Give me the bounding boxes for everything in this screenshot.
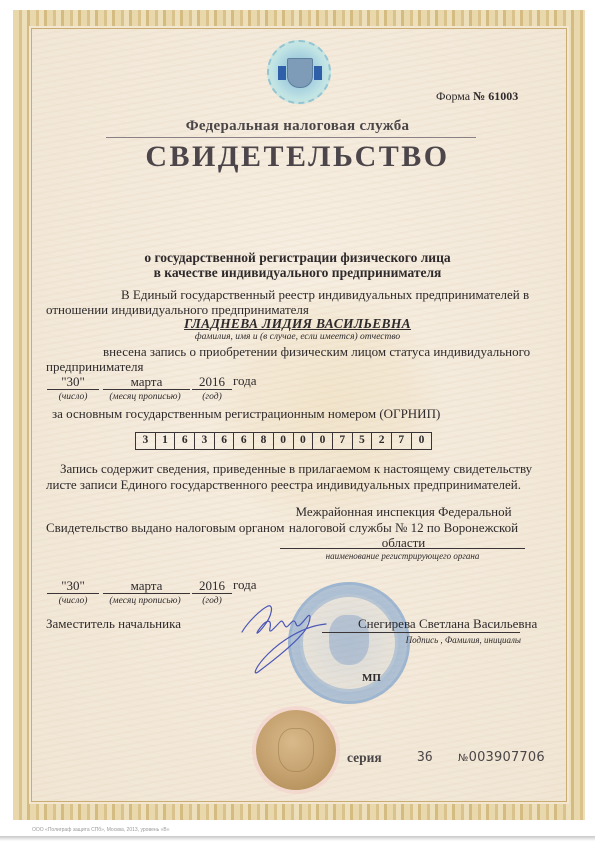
blank-number: №003907706 — [458, 750, 545, 765]
seal-place-mark: МП — [362, 672, 381, 684]
form-number-value: 61003 — [488, 89, 518, 103]
document-title: СВИДЕТЕЛЬСТВО — [0, 140, 595, 174]
ogrnip-digit: 3 — [195, 433, 215, 449]
ogrnip-digit: 6 — [215, 433, 235, 449]
issue-month: марта — [103, 578, 190, 594]
signature-underline — [322, 632, 520, 633]
ogrnip-digit: 5 — [353, 433, 373, 449]
issue-month-caption: (месяц прописью) — [100, 596, 190, 606]
ogrnip-digit: 0 — [294, 433, 314, 449]
ogrnip-digit: 6 — [175, 433, 195, 449]
hologram-emblem-icon — [267, 40, 331, 104]
handwritten-signature-icon — [238, 596, 328, 678]
gold-embossed-seal-icon — [256, 710, 336, 790]
entrepreneur-name: ГЛАДНЕВА ЛИДИЯ ВАСИЛЬЕВНА — [0, 316, 595, 332]
issue-day: "30" — [47, 578, 99, 594]
registration-day-caption: (число) — [47, 392, 99, 402]
blank-number-sign: № — [458, 753, 469, 764]
ogrnip-digit: 6 — [234, 433, 254, 449]
scan-bottom-edge — [0, 836, 595, 841]
form-label: Форма — [436, 89, 470, 103]
ogrnip-digit: 0 — [313, 433, 333, 449]
printer-imprint: ООО «Полиграф защита СПб», Москва, 2013,… — [32, 827, 170, 833]
issue-year-caption: (год) — [192, 596, 232, 606]
ogrnip-digit: 7 — [392, 433, 412, 449]
ogrnip-digit: 7 — [333, 433, 353, 449]
entrepreneur-name-caption: фамилия, имя и (в случае, если имеется) … — [0, 332, 595, 342]
issued-by-label: Свидетельство выдано налоговым органом — [46, 520, 284, 536]
issuing-service: Федеральная налоговая служба — [0, 118, 595, 135]
subtitle-line-2: в качестве индивидуального предпринимате… — [0, 265, 595, 281]
coat-of-arms-icon — [287, 58, 313, 88]
authority-underline — [280, 548, 525, 549]
issue-year: 2016 — [192, 578, 232, 594]
record-line-1: внесена запись о приобретении физическим… — [103, 344, 530, 360]
attachment-line-1: Запись содержит сведения, приведенные в … — [60, 461, 532, 477]
signatory-name: Снегирева Светлана Васильевна — [358, 616, 537, 632]
ogrnip-digit: 0 — [412, 433, 432, 449]
issue-day-caption: (число) — [47, 596, 99, 606]
signature-caption: Подпись , Фамилия, инициалы — [365, 635, 521, 645]
ogrnip-number-grid: 316366800075270 — [135, 432, 432, 450]
form-number: Форма № 61003 — [436, 89, 518, 104]
registration-year: 2016 — [192, 374, 232, 390]
ogrnip-digit: 2 — [372, 433, 392, 449]
registration-month-caption: (месяц прописью) — [100, 392, 190, 402]
registration-year-suffix: года — [233, 373, 257, 389]
registration-day: "30" — [47, 374, 99, 390]
intro-line-1: В Единый государственный реестр индивиду… — [121, 287, 529, 303]
hologram-flag-right — [314, 66, 322, 80]
ogrnip-digit: 1 — [156, 433, 176, 449]
ogrnip-label: за основным государственным регистрацион… — [52, 406, 440, 422]
attachment-line-2: листе записи Единого государственного ре… — [46, 477, 521, 493]
hologram-flag-left — [278, 66, 286, 80]
blank-series-label: серия — [347, 750, 382, 766]
registration-month: марта — [103, 374, 190, 390]
ogrnip-digit: 8 — [254, 433, 274, 449]
issuing-authority: Межрайонная инспекция Федеральной налого… — [281, 504, 526, 551]
issuing-authority-caption: наименование регистрирующего органа — [280, 551, 525, 561]
header-divider — [106, 137, 476, 138]
registration-year-caption: (год) — [192, 392, 232, 402]
blank-series-value: 36 — [417, 750, 433, 765]
signatory-position: Заместитель начальника — [46, 616, 181, 632]
subtitle-line-1: о государственной регистрации физическог… — [0, 250, 595, 266]
issue-year-suffix: года — [233, 577, 257, 593]
form-number-sign: № — [473, 89, 485, 103]
ogrnip-digit: 3 — [136, 433, 156, 449]
seal-eagle-relief-icon — [278, 728, 314, 772]
blank-number-value: 003907706 — [469, 750, 545, 765]
ogrnip-digit: 0 — [274, 433, 294, 449]
record-line-2: предпринимателя — [46, 359, 144, 375]
